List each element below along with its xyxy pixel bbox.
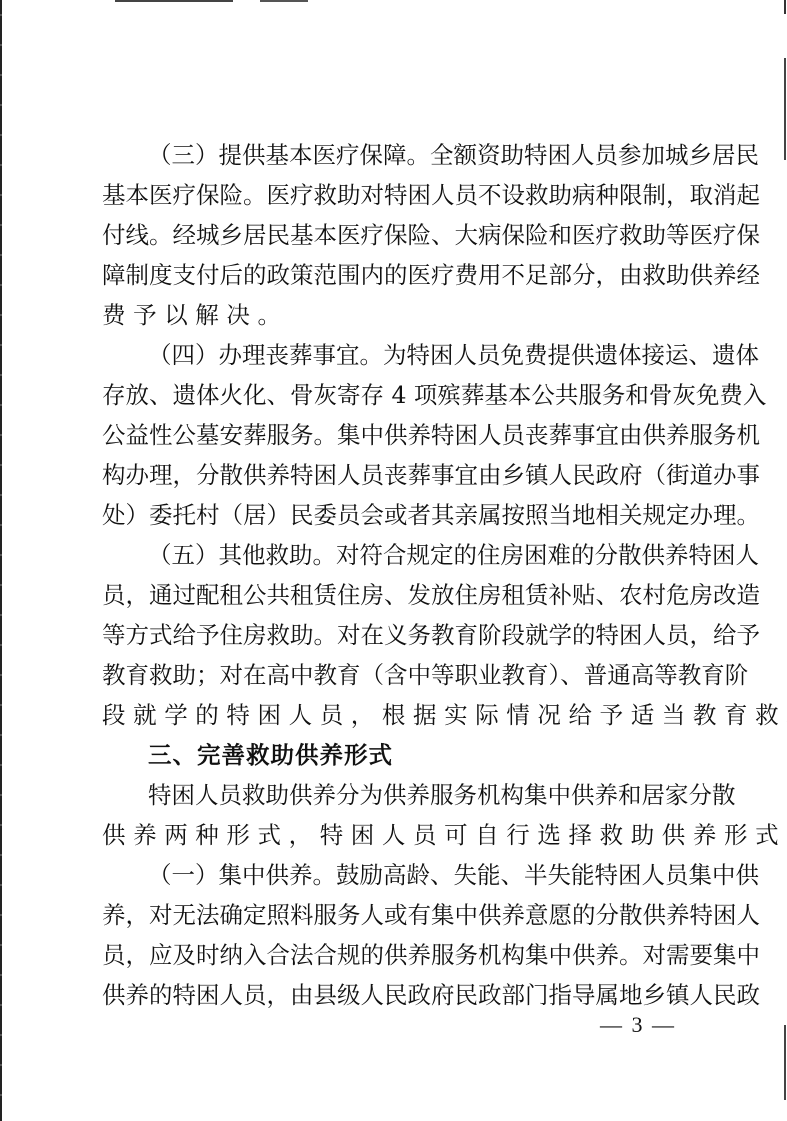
text-line: 员，通过配租公共租赁住房、发放住房租赁补贴、农村危房改造 bbox=[102, 575, 692, 615]
text-line: 员，应及时纳入合法合规的供养服务机构集中供养。对需要集中 bbox=[102, 935, 692, 975]
section-heading: 三、完善救助供养形式 bbox=[102, 735, 692, 775]
text-line: 构办理，分散供养特困人员丧葬事宜由乡镇人民政府（街道办事 bbox=[102, 455, 692, 495]
text-line: 基本医疗保险。医疗救助对特困人员不设救助病种限制，取消起 bbox=[102, 175, 692, 215]
text-line: 养，对无法确定照料服务人或有集中供养意愿的分散供养特困人 bbox=[102, 895, 692, 935]
text-line: 存放、遗体火化、骨灰寄存 4 项殡葬基本公共服务和骨灰免费入 bbox=[102, 375, 692, 415]
text-line: 教育救助；对在高中教育（含中等职业教育）、普通高等教育阶 bbox=[102, 655, 692, 695]
document-page: （三）提供基本医疗保障。全额资助特困人员参加城乡居民 基本医疗保险。医疗救助对特… bbox=[102, 135, 692, 1015]
scan-edge-right bbox=[784, 58, 786, 160]
text-line: 障制度支付后的政策范围内的医疗费用不足部分，由救助供养经 bbox=[102, 255, 692, 295]
text-line: 公益性公墓安葬服务。集中供养特困人员丧葬事宜由供养服务机 bbox=[102, 415, 692, 455]
text-line: 特困人员救助供养分为供养服务机构集中供养和居家分散 bbox=[102, 775, 692, 815]
text-line: （四）办理丧葬事宜。为特困人员免费提供遗体接运、遗体 bbox=[102, 335, 692, 375]
paragraph-other-assistance: （五）其他救助。对符合规定的住房困难的分散供养特困人 员，通过配租公共租赁住房、… bbox=[102, 535, 692, 735]
text-line: （三）提供基本医疗保障。全额资助特困人员参加城乡居民 bbox=[102, 135, 692, 175]
paragraph-medical-security: （三）提供基本医疗保障。全额资助特困人员参加城乡居民 基本医疗保险。医疗救助对特… bbox=[102, 135, 692, 335]
paragraph-centralized-support: （一）集中供养。鼓励高龄、失能、半失能特困人员集中供 养，对无法确定照料服务人或… bbox=[102, 855, 692, 1015]
scan-edge-right bbox=[784, 0, 786, 14]
scan-edge-top bbox=[260, 0, 308, 2]
text-line: 供养两种形式，特困人员可自行选择救助供养形式。 bbox=[102, 815, 692, 855]
scan-edge-top bbox=[115, 0, 233, 2]
scan-edge-left bbox=[0, 0, 2, 1121]
text-line: 等方式给予住房救助。对在义务教育阶段就学的特困人员，给予 bbox=[102, 615, 692, 655]
text-line: 费予以解决。 bbox=[102, 295, 692, 335]
text-line: 付线。经城乡居民基本医疗保险、大病保险和医疗救助等医疗保 bbox=[102, 215, 692, 255]
paragraph-funeral-affairs: （四）办理丧葬事宜。为特困人员免费提供遗体接运、遗体 存放、遗体火化、骨灰寄存 … bbox=[102, 335, 692, 535]
text-line: 供养的特困人员，由县级人民政府民政部门指导属地乡镇人民政 bbox=[102, 975, 692, 1015]
paragraph-intro: 特困人员救助供养分为供养服务机构集中供养和居家分散 供养两种形式，特困人员可自行… bbox=[102, 775, 692, 855]
text-line: 处）委托村（居）民委员会或者其亲属按照当地相关规定办理。 bbox=[102, 495, 692, 535]
text-line: 段就学的特困人员，根据实际情况给予适当教育救助。 bbox=[102, 695, 692, 735]
text-line: （一）集中供养。鼓励高龄、失能、半失能特困人员集中供 bbox=[102, 855, 692, 895]
scan-edge-right bbox=[784, 1025, 786, 1100]
page-number: — 3 — bbox=[600, 1012, 676, 1038]
text-line: （五）其他救助。对符合规定的住房困难的分散供养特困人 bbox=[102, 535, 692, 575]
